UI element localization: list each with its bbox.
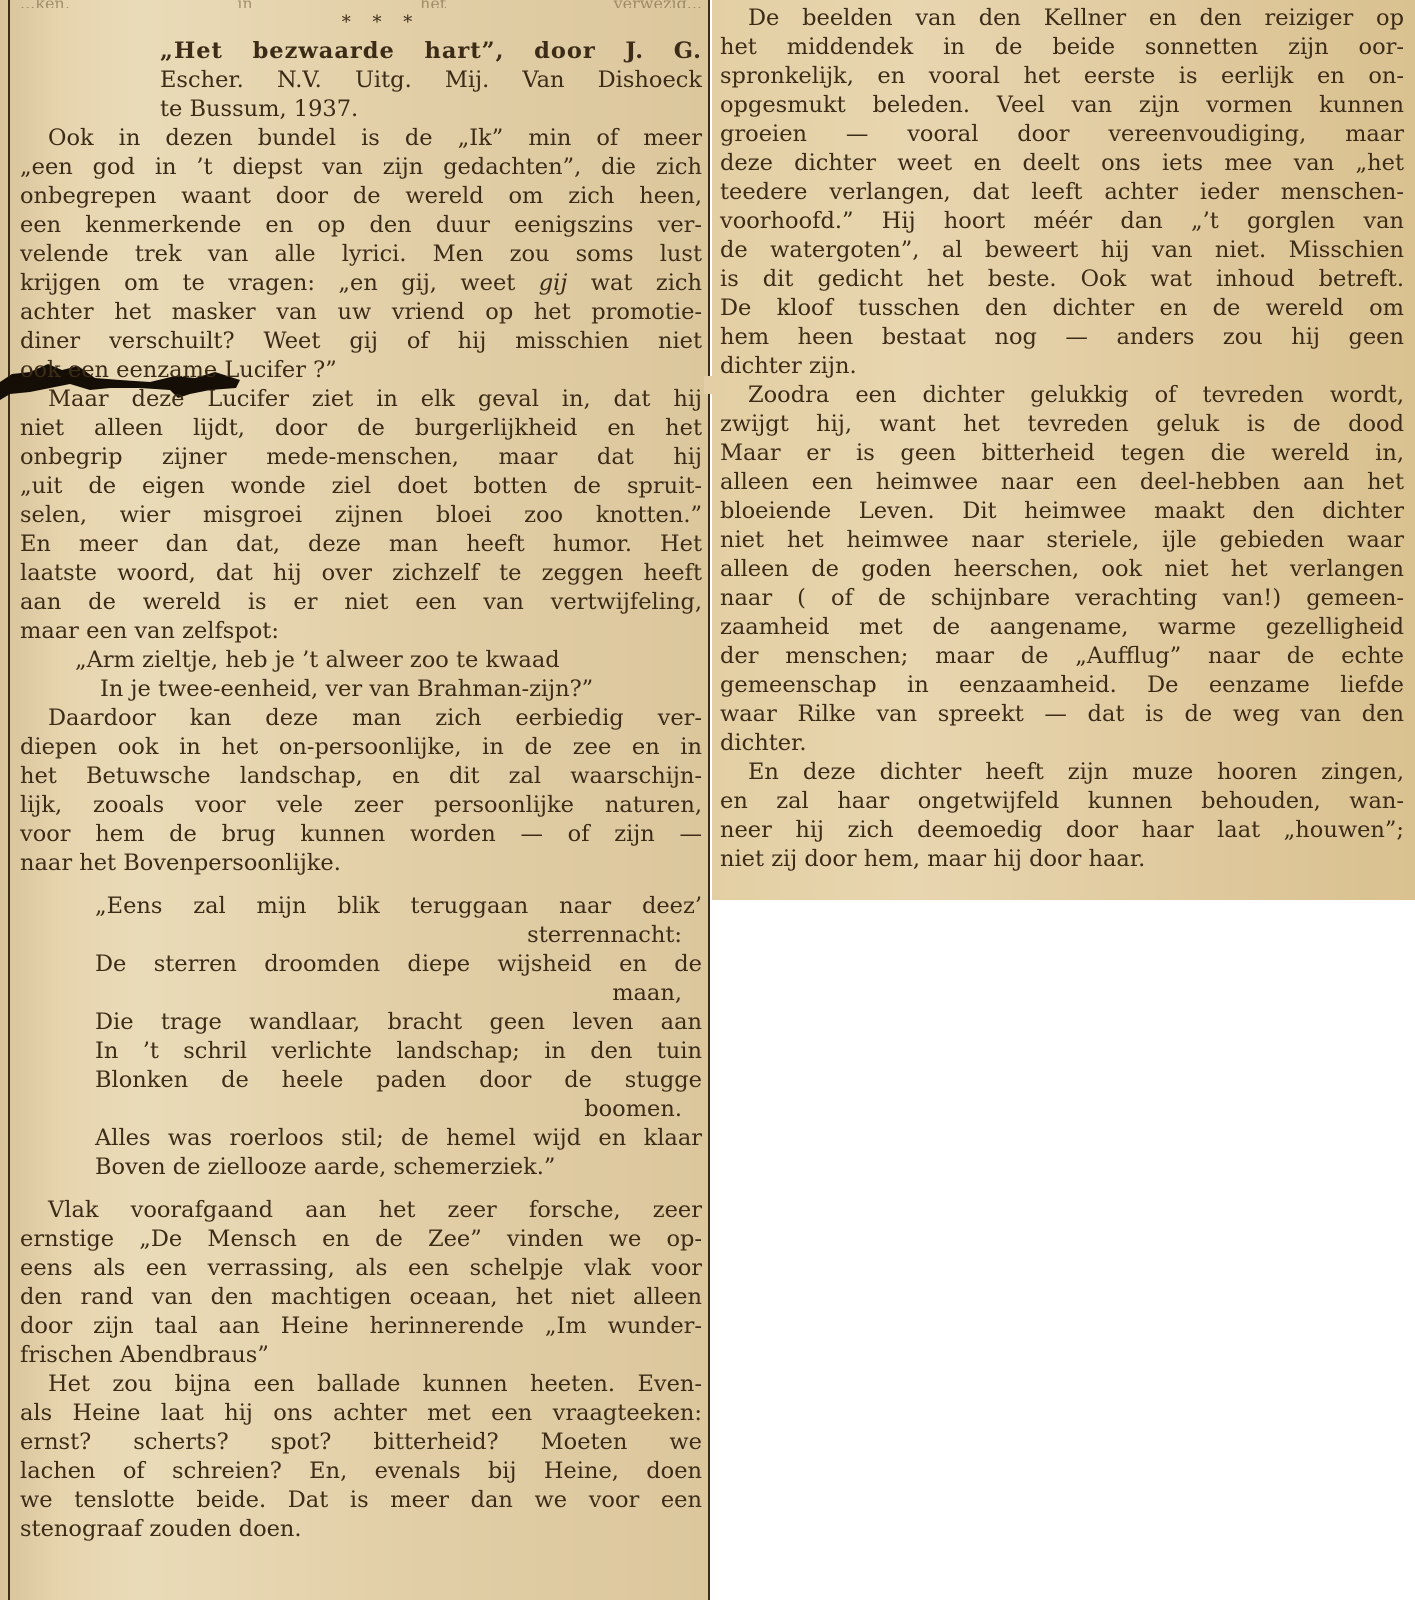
paragraph: Zoodra een dichter gelukkig of tevreden …: [720, 381, 1404, 758]
paragraph: Het zou bijna een ballade kunnen heeten.…: [20, 1370, 702, 1544]
text-line: Maar deze Lucifer ziet in elk geval in, …: [20, 385, 702, 414]
text-line: achter het masker van uw vriend op het p…: [20, 298, 702, 327]
text-line: Daardoor kan deze man zich eerbiedig ver…: [20, 704, 702, 733]
poem-line: maan,: [20, 979, 702, 1008]
text-line: dichter zijn.: [720, 352, 1404, 381]
text-line: alleen de goden heerschen, ook niet het …: [720, 555, 1404, 584]
section-separator: * * *: [20, 8, 702, 37]
left-column-rule: [8, 0, 10, 1600]
heading-line: „Het bezwaarde hart”, door J. G.: [20, 37, 702, 66]
text-line: voor hem de brug kunnen worden — of zijn…: [20, 820, 702, 849]
poem-line: Blonken de heele paden door de stugge: [20, 1066, 702, 1095]
poem: „Eens zal mijn blik teruggaan naar deez’…: [20, 892, 702, 1182]
paragraph: Ook in dezen bundel is de „Ik” min of me…: [20, 124, 702, 385]
text-line: het middendek in de beide sonnetten zijn…: [720, 33, 1404, 62]
text-line: onbegrip zijner mede-menschen, maar dat …: [20, 443, 702, 472]
text-line: deze dichter weet en deelt ons iets mee …: [720, 149, 1404, 178]
text-line: de watergoten”, al beweert hij van niet.…: [720, 236, 1404, 265]
text-line: naar het Bovenpersoonlijke.: [20, 849, 702, 878]
text-line: en zal haar ongetwijfeld kunnen behouden…: [720, 787, 1404, 816]
text-line: het Betuwsche landschap, en dit zal waar…: [20, 762, 702, 791]
text-line: „uit de eigen wonde ziel doet botten de …: [20, 472, 702, 501]
right-column: De beelden van den Kellner en den reizig…: [720, 4, 1404, 874]
text-line: En deze dichter heeft zijn muze hooren z…: [720, 758, 1404, 787]
text-line: ernstige „De Mensch en de Zee” vinden we…: [20, 1225, 702, 1254]
text-line: voorhoofd.” Hij hoort méér dan „’t gorgl…: [720, 207, 1404, 236]
text-line: aan de wereld is er niet een van vertwij…: [20, 588, 702, 617]
text-line: diner verschuilt? Weet gij of hij missch…: [20, 327, 702, 356]
text-line: selen, wier misgroei zijnen bloei zoo kn…: [20, 501, 702, 530]
text-line: niet alleen lijdt, door de burgerlijkhei…: [20, 414, 702, 443]
poem-line: Boven de ziellooze aarde, schemerziek.”: [20, 1153, 702, 1182]
text-line: den rand van den machtigen oceaan, het n…: [20, 1283, 702, 1312]
text-line: onbegrepen waant door de wereld om zich …: [20, 182, 702, 211]
text-line: spronkelijk, en vooral het eerste is eer…: [720, 62, 1404, 91]
text-line: zwijgt hij, want het tevreden geluk is d…: [720, 410, 1404, 439]
text-line: naar ( of de schijnbare verachting van!)…: [720, 584, 1404, 613]
text-line: Vlak voorafgaand aan het zeer forsche, z…: [20, 1196, 702, 1225]
text-line: we tenslotte beide. Dat is meer dan we v…: [20, 1486, 702, 1515]
text-line: opgesmukt beleden. Veel van zijn vormen …: [720, 91, 1404, 120]
column-divider-gap: [704, 376, 712, 394]
text-line: ernst? scherts? spot? bitterheid? Moeten…: [20, 1428, 702, 1457]
text-line: ook een eenzame Lucifer ?”: [20, 356, 702, 385]
text-line: bloeiende Leven. Dit heimwee maakt den d…: [720, 497, 1404, 526]
review-heading: „Het bezwaarde hart”, door J. G. Escher.…: [20, 37, 702, 124]
text-line: stenograaf zouden doen.: [20, 1515, 702, 1544]
text-line: „een god in ’t diepst van zijn gedachten…: [20, 153, 702, 182]
poem-line: In ’t schril verlichte landschap; in den…: [20, 1037, 702, 1066]
column-divider-rule: [708, 0, 710, 1600]
text-line: waar Rilke van spreekt — dat is de weg v…: [720, 700, 1404, 729]
paragraph: Vlak voorafgaand aan het zeer forsche, z…: [20, 1196, 702, 1370]
text-line: diepen ook in het on-persoonlijke, in de…: [20, 733, 702, 762]
text-line: teedere verlangen, dat leeft achter iede…: [720, 178, 1404, 207]
text-line: door zijn taal aan Heine herinnerende „I…: [20, 1312, 702, 1341]
heading-line: Escher. N.V. Uitg. Mij. Van Dishoeck: [20, 66, 702, 95]
poem-line: sterrennacht:: [20, 921, 702, 950]
paragraph: En deze dichter heeft zijn muze hooren z…: [720, 758, 1404, 874]
text-line: maar een van zelfspot:: [20, 617, 702, 646]
text-line: niet het heimwee naar steriele, ijle geb…: [720, 526, 1404, 555]
poem-line: boomen.: [20, 1095, 702, 1124]
text-line: De kloof tusschen den dichter en de were…: [720, 294, 1404, 323]
text-line: En meer dan dat, deze man heeft humor. H…: [20, 530, 702, 559]
text-line: Maar er is geen bitterheid tegen die wer…: [720, 439, 1404, 468]
paragraph: Maar deze Lucifer ziet in elk geval in, …: [20, 385, 702, 646]
verse-line: In je twee-eenheid, ver van Brahman-zijn…: [20, 675, 702, 704]
text-line: alleen een heimwee naar een deel-hebben …: [720, 468, 1404, 497]
text-line: als Heine laat hij ons achter met een vr…: [20, 1399, 702, 1428]
text-line: Ook in dezen bundel is de „Ik” min of me…: [20, 124, 702, 153]
text-line: is dit gedicht het beste. Ook wat inhoud…: [720, 265, 1404, 294]
text-line: krijgen om te vragen: „en gij, weet gij …: [20, 269, 702, 298]
poem-line: Alles was roerloos stil; de hemel wijd e…: [20, 1124, 702, 1153]
text-line: gemeenschap in eenzaamheid. De eenzame l…: [720, 671, 1404, 700]
cutoff-top-line: ...ken, in het verwezig...: [20, 0, 702, 8]
text-line: zaamheid met de aangename, warme gezelli…: [720, 613, 1404, 642]
text-line: lachen of schreien? En, evenals bij Hein…: [20, 1457, 702, 1486]
text-line: dichter.: [720, 729, 1404, 758]
text-line: laatste woord, dat hij over zichzelf te …: [20, 559, 702, 588]
left-column: ...ken, in het verwezig... * * * „Het be…: [20, 0, 702, 1544]
text-line: lijk, zooals voor vele zeer persoonlijke…: [20, 791, 702, 820]
text-line: niet zij door hem, maar hij door haar.: [720, 845, 1404, 874]
verse-line: „Arm zieltje, heb je ’t alweer zoo te kw…: [20, 646, 702, 675]
verse-quote: „Arm zieltje, heb je ’t alweer zoo te kw…: [20, 646, 702, 704]
text-line: De beelden van den Kellner en den reizig…: [720, 4, 1404, 33]
text-line: velende trek van alle lyrici. Men zou so…: [20, 240, 702, 269]
poem-line: „Eens zal mijn blik teruggaan naar deez’: [20, 892, 702, 921]
text-line: neer hij zich deemoedig door haar laat „…: [720, 816, 1404, 845]
text-line: groeien — vooral door vereenvoudiging, m…: [720, 120, 1404, 149]
text-line: Het zou bijna een ballade kunnen heeten.…: [20, 1370, 702, 1399]
text-line: frischen Abendbraus”: [20, 1341, 702, 1370]
poem-line: De sterren droomden diepe wijsheid en de: [20, 950, 702, 979]
text-line: hem heen bestaat nog — anders zou hij ge…: [720, 323, 1404, 352]
heading-line: te Bussum, 1937.: [20, 95, 702, 124]
text-line: der menschen; maar de „Aufflug” naar de …: [720, 642, 1404, 671]
text-line: een kenmerkende en op den duur eenigszin…: [20, 211, 702, 240]
paragraph: Daardoor kan deze man zich eerbiedig ver…: [20, 704, 702, 878]
text-line: Zoodra een dichter gelukkig of tevreden …: [720, 381, 1404, 410]
poem-line: Die trage wandlaar, bracht geen leven aa…: [20, 1008, 702, 1037]
paragraph: De beelden van den Kellner en den reizig…: [720, 4, 1404, 381]
text-line: eens als een verrassing, als een schelpj…: [20, 1254, 702, 1283]
